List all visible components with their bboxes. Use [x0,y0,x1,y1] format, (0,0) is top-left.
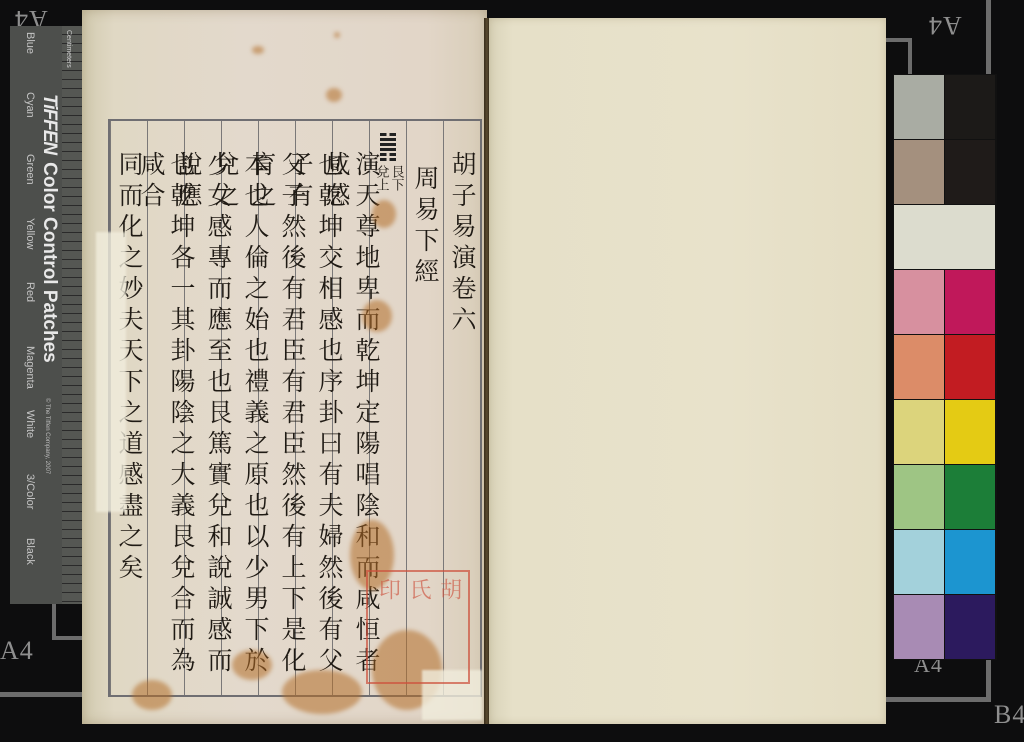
stain [282,670,362,714]
color-label: Cyan [24,92,36,154]
color-patch-light-red [894,335,944,399]
color-patch-red [945,335,995,399]
lower-trigram-label: 艮下 [389,165,403,191]
backdrop-line [0,692,82,697]
paper-damage [96,232,126,512]
stain [372,200,396,228]
color-patch-cyan [945,530,995,594]
color-patch-light-yellow [894,400,944,464]
color-label: 3/Color [24,474,36,538]
book-right-page-blank [489,18,886,724]
color-patch-brown [894,140,944,204]
backdrop-label-a4: A4 [0,636,34,666]
stain [362,300,392,332]
color-label: Red [24,282,36,346]
stain [232,650,272,680]
stain [252,46,264,54]
backdrop-line [52,636,82,640]
strip-title: Color Control Patches [39,162,60,363]
tiffen-color-control-strip: Centimeters TiFFENColor Control Patches … [10,26,90,604]
backdrop-line [52,604,56,640]
text-column: 也乾坤各一其卦陽陰之大義艮兌合而為咸合 [147,121,184,695]
tiffen-brand-title: TiFFENColor Control Patches [38,94,60,363]
seal-character: 氏 [405,578,431,676]
seal-character: 胡 [436,578,462,676]
backdrop-line [908,38,912,74]
color-patch-light-magenta [894,270,944,334]
color-label: Black [24,538,36,565]
section-subtitle: 周易下經 [410,165,440,289]
hexagram-xian-icon [380,133,396,161]
color-patch-green [945,465,995,529]
backdrop-label-b4: B4 [994,700,1024,730]
color-label: Yellow [24,218,36,282]
book-left-page: 胡子易演卷六 周易下經 艮下 兌上 演天尊地卑而乾坤定陽唱陰和而咸恒者咸感 也乾… [82,10,487,724]
copyright-text: © The Tiffen Company, 2007 [44,398,50,474]
red-seal-stamp: 印 氏 胡 [366,570,470,684]
ruler-units-label: Centimeters [65,30,72,68]
backdrop-label-a4: A4 [928,10,962,40]
color-patch-black [945,75,995,139]
color-patch-yellow [945,400,995,464]
volume-title: 胡子易演卷六 [447,151,477,337]
backdrop-line [986,0,991,74]
color-patch-light-cyan [894,530,944,594]
color-label: White [24,410,36,474]
color-patch-black [945,140,995,204]
stain [326,88,342,102]
color-label: Blue [24,32,36,92]
color-patch-neutral-gray [894,75,944,139]
backdrop-line [986,658,991,702]
color-label: Magenta [24,346,36,410]
color-patch-white [894,205,995,269]
color-reference-chart [893,74,997,660]
backdrop-line [886,697,990,702]
seal-character: 印 [374,578,400,676]
tiffen-logo: TiFFEN [39,94,60,154]
color-patch-light-green [894,465,944,529]
color-patch-violet [945,595,995,659]
color-label: Green [24,154,36,218]
color-patch-magenta [945,270,995,334]
color-label-list: BlueCyanGreenYellowRedMagentaWhite3/Colo… [24,32,36,565]
color-patch-light-violet [894,595,944,659]
stain [334,32,340,38]
stain [132,680,172,710]
